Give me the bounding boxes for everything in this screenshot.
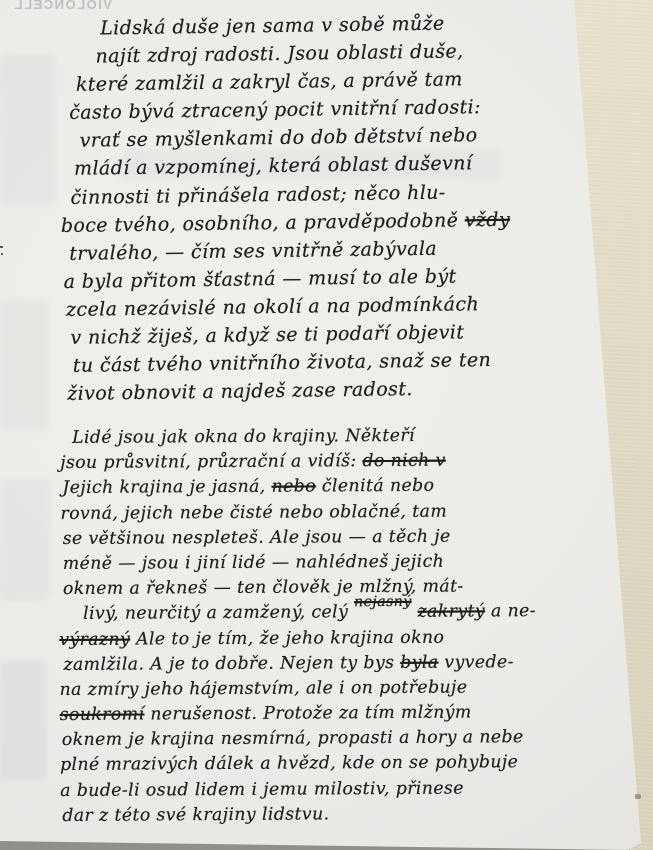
bleedthrough-text: VIOLONCELL	[0, 0, 112, 12]
struck-out-text: nejasný	[354, 594, 412, 610]
bleedthrough-smudge	[0, 55, 55, 205]
paragraph: Lidé jsou jak okna do krajiny. Někteříjs…	[58, 427, 580, 833]
text-run: plné mrazivých dálek a hvězd, kde on se …	[60, 753, 518, 776]
text-run: často bývá ztracený pocit vnitřní radost…	[69, 96, 481, 124]
text-run: zamlžila. A je to dobře. Nejen ty bys	[63, 653, 400, 675]
struck-out-text: soukromí	[60, 705, 145, 726]
text-run: najít zdroj radosti. Jsou oblasti duše,	[95, 40, 463, 67]
struck-out-text: zakrytý	[418, 602, 486, 622]
text-run: jsou průsvitní, průzrační a vidíš:	[60, 452, 362, 474]
text-run: které zamlžil a zakryl čas, a právě tam	[76, 69, 463, 96]
text-run: boce tvého, osobního, a pravděpodobně	[61, 209, 465, 237]
text-run: život obnovit a najdeš zase radost.	[67, 378, 413, 405]
struck-out-text: nebo	[272, 477, 317, 497]
text-run: a bude-li osud lidem i jemu milostiv, př…	[60, 778, 464, 800]
text-run: zcela nezávislé na okolí a na podmínkách	[66, 293, 479, 321]
text-run: Jejich krajina je jasná,	[62, 477, 271, 498]
text-run: v nichž žiješ, a když se ti podaří objev…	[70, 321, 464, 348]
handwriting: Lidská duše jen sama v sobě můženajít zd…	[58, 20, 578, 833]
text-run: dar z této své krajiny lidstvu.	[62, 804, 329, 826]
text-run: vyvede-	[438, 652, 513, 672]
photo-speck	[635, 794, 641, 799]
bleedthrough-smudge	[0, 660, 46, 780]
text-run: trvalého, — čím ses vnitřně zabývala	[69, 237, 437, 264]
text-run: nerušenost. Protože za tím mlžným	[144, 703, 471, 725]
text-run: oknem je krajina nesmírná, propasti a ho…	[62, 728, 524, 751]
bleedthrough-smudge	[0, 480, 50, 600]
text-run: rovná, jejich nebe čisté nebo oblačné, t…	[60, 501, 447, 523]
text-run: se většinou nespleteš. Ale jsou — a těch…	[63, 527, 451, 549]
handwritten-line: dar z této své krajiny lidstvu.	[62, 805, 580, 833]
handwritten-line: život obnovit a najdeš zase radost.	[67, 378, 583, 413]
text-run: Ale to je tím, že jeho krajina okno	[130, 627, 444, 649]
handwritten-page: VIOLONCELL Lidská duše jen sama v sobě m…	[0, 0, 653, 850]
text-run: činnosti ti přinášela radost; něco hlu-	[70, 181, 445, 208]
text-run: tu část tvého vnitřního života, snaž se …	[73, 349, 492, 377]
text-run: mládí a vzpomínej, která oblast duševní	[74, 153, 473, 181]
struck-out-text: vždy	[465, 208, 511, 231]
text-run: členitá nebo	[316, 476, 434, 497]
photo-speck	[1, 253, 3, 255]
paragraph: Lidská duše jen sama v sobě můženajít zd…	[58, 13, 583, 414]
text-run: livý, neurčitý a zamžený, celý	[83, 603, 354, 625]
text-run: vrať se myšlenkami do dob dětství nebo	[80, 125, 478, 153]
text-run: a byla přitom šťastná — musí to ale být	[64, 265, 457, 292]
text-run: Lidé jsou jak okna do krajiny. Někteří	[72, 426, 415, 448]
photo-speck	[0, 246, 3, 248]
text-run: na zmíry jeho hájemstvím, ale i on potře…	[60, 678, 468, 700]
struck-out-text: byla	[400, 653, 438, 673]
bleedthrough-smudge	[0, 300, 48, 430]
text-run: a ne-	[485, 602, 536, 622]
text-run: Lidská duše jen sama v sobě může	[100, 13, 445, 40]
struck-out-text: do nich v	[362, 451, 445, 472]
struck-out-text: výrazný	[59, 629, 130, 649]
text-run: méně — jsou i jiní lidé — nahlédneš jeji…	[63, 552, 444, 574]
